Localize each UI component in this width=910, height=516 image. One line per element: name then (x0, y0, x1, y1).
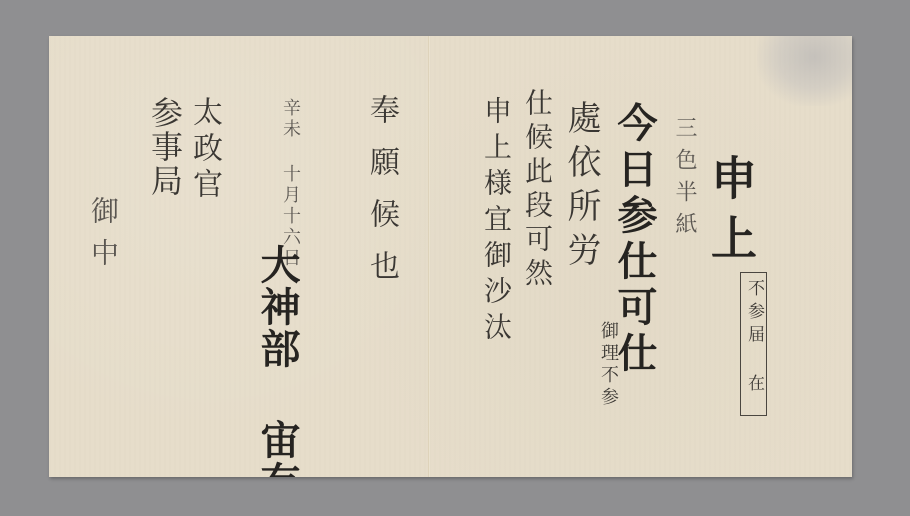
recipient-honorific: 御中 (89, 196, 117, 280)
body-line-2: 處依所労 (564, 100, 598, 276)
document-viewer: 三色半紙 申上 不参届 在 今日参仕可仕 處依所労 御理不参 仕候此段可然 申上… (0, 0, 910, 516)
letter-paper: 三色半紙 申上 不参届 在 今日参仕可仕 處依所労 御理不参 仕候此段可然 申上… (49, 36, 852, 477)
letter-title: 申上 (708, 154, 754, 274)
closing-line: 奉願候也 (366, 94, 396, 302)
addressee-line: 三色半紙 (673, 116, 695, 244)
recipient-bureau: 参事局 (149, 96, 181, 198)
boxed-annotation: 不参届 在 (740, 272, 767, 416)
sender-signature: 大神部 宙有 (257, 244, 297, 477)
recipient-office: 太政官 (189, 96, 219, 204)
body-line-3: 仕候此段可然 (523, 88, 551, 292)
body-line-4: 申上様宜御沙汰 (482, 96, 510, 348)
paper-stain (757, 36, 852, 106)
body-line-1: 今日参仕可仕 (614, 102, 654, 378)
center-fold (428, 36, 430, 477)
body-line-2-note: 御理不参 (599, 321, 617, 409)
